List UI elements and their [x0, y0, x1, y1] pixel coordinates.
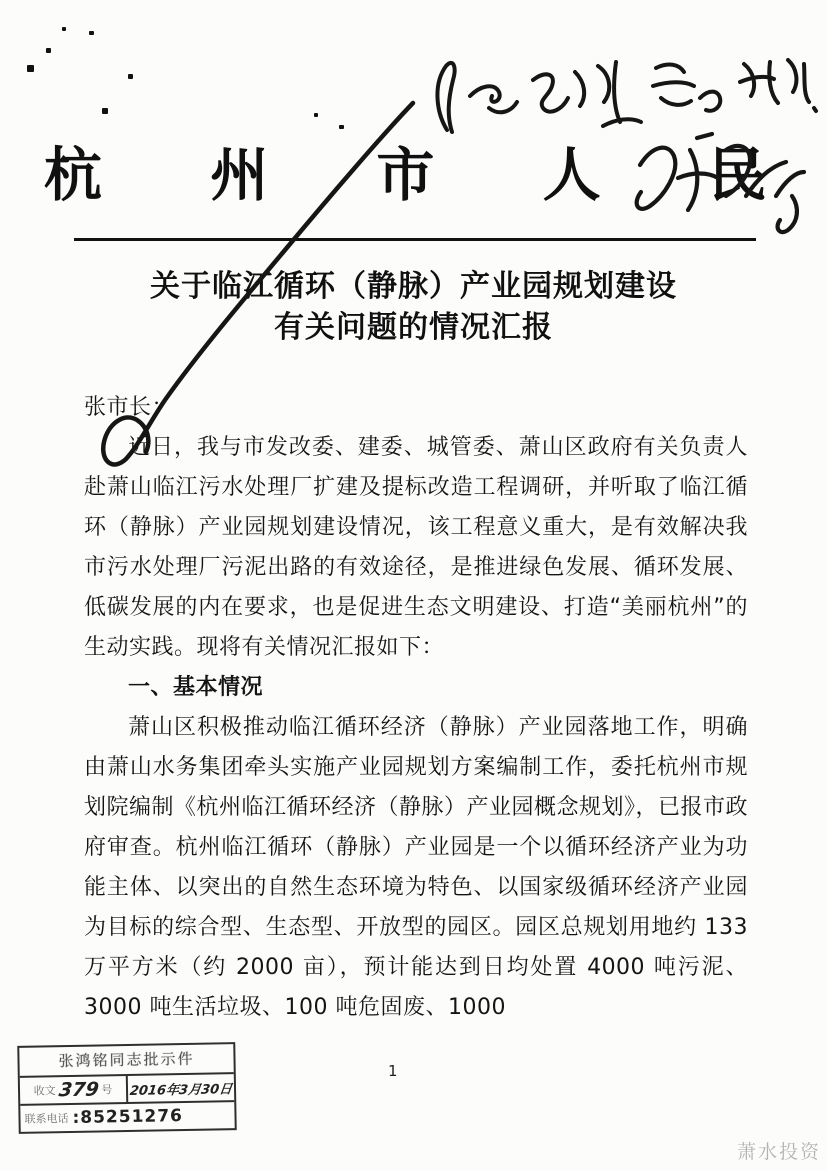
paragraph-2: 萧山区积极推动临江循环经济（静脉）产业园落地工作，明确由萧山水务集团牵头实施产业… [84, 708, 748, 1028]
document-title: 关于临江循环（静脉）产业园规划建设 有关问题的情况汇报 [0, 266, 827, 348]
stamp-date: 2016年3月30日 [129, 1078, 234, 1099]
salutation: 张市长： [84, 388, 748, 428]
scan-speck [102, 108, 108, 114]
letterhead-title: 杭 州 市 人 民 政 府 [0, 132, 827, 218]
stamp-date-cell: 2016年3月30日 [128, 1074, 234, 1102]
paragraph-1: 近日，我与市发改委、建委、城管委、萧山区政府有关负责人赴萧山临江污水处理厂扩建及… [84, 428, 748, 668]
stamp-phone-number: :85251276 [72, 1106, 183, 1128]
section-heading-1: 一、基本情况 [84, 668, 748, 708]
stamp-receipt-number: 379 [57, 1078, 99, 1101]
receipt-stamp: 张鸿铭同志批示件 收文 379 号 2016年3月30日 联系电话 :85251… [17, 1042, 237, 1134]
stamp-receipt-number-cell: 收文 379 号 [20, 1076, 128, 1104]
document-title-line1: 关于临江循环（静脉）产业园规划建设 [0, 266, 827, 307]
document-title-line2: 有关问题的情况汇报 [0, 307, 827, 348]
scan-speck [89, 31, 94, 35]
scan-speck [314, 113, 318, 117]
stamp-receipt-row: 收文 379 号 2016年3月30日 [20, 1074, 234, 1106]
watermark-text: 萧水投资 [737, 1137, 821, 1164]
scan-speck [62, 27, 66, 31]
scanned-document-page: 杭 州 市 人 民 政 府 关于临江循环（静脉）产业园规划建设 有关问题的情况汇… [0, 0, 827, 1170]
stamp-phone-label: 联系电话 [24, 1110, 68, 1127]
document-body: 张市长： 近日，我与市发改委、建委、城管委、萧山区政府有关负责人赴萧山临江污水处… [84, 388, 748, 1028]
stamp-phone-row: 联系电话 :85251276 [20, 1102, 234, 1132]
scan-speck [27, 65, 34, 72]
scan-speck [339, 125, 344, 129]
stamp-receipt-label: 收文 [34, 1082, 56, 1098]
letterhead-rule [74, 238, 756, 241]
stamp-instruction-line: 张鸿铭同志批示件 [19, 1044, 233, 1078]
stamp-receipt-suffix: 号 [101, 1081, 112, 1097]
scan-speck [128, 74, 133, 79]
handwritten-annotation-line1 [437, 60, 816, 132]
scan-speck [46, 48, 51, 53]
page-number: 1 [388, 1062, 398, 1080]
